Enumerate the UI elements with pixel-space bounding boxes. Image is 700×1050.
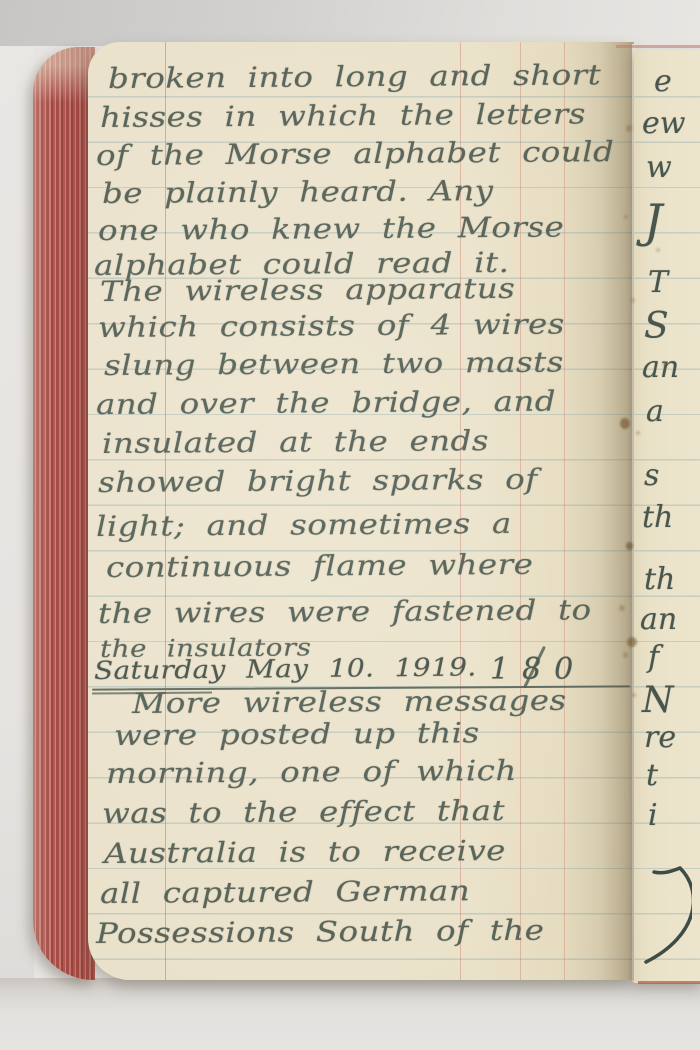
page-fragment: th [642,500,673,535]
stain-spot [627,637,637,647]
page-fragment: T [648,265,668,300]
notebook-right-page: e ew w J T S an a s th th an f N re t i [634,50,700,983]
handwriting-line: morning, one of which [106,754,517,790]
handwriting-line: Possessions South of the [96,914,545,950]
handwriting-line: insulated at the ends [102,424,489,460]
handwriting-line: was to the effect that [102,794,505,830]
handwriting-line: hisses in which the letters [100,97,586,134]
handwriting-line: broken into long and short [108,58,601,95]
stain-spot [656,248,660,252]
handwriting-line: one who knew the Morse [98,210,565,247]
page-fragment: ew [642,106,685,141]
notebook-left-page: broken into long and short hisses in whi… [88,42,632,980]
page-fragment: e [654,64,672,99]
page-fragment: th [644,562,675,597]
page-fragment: a [646,394,664,429]
stain-spot [623,652,628,658]
stain-spot [619,605,625,611]
page-fragment: s [644,458,659,493]
handwriting-line: all captured German [100,874,470,910]
backdrop-bottom [0,978,700,1050]
handwriting-line: showed bright sparks of [98,463,538,499]
handwriting-line: the wires were fastened to [98,593,592,630]
backdrop-left [0,46,34,990]
column-line [520,42,521,980]
diary-date: Saturday May 10. 1919. [94,652,477,685]
handwriting-line: More wireless messages [132,684,567,720]
stain-spot [662,362,667,367]
column-line [564,42,565,980]
page-fragment: i [648,798,658,833]
page-fragment: an [642,350,679,385]
stain-spot [620,418,630,429]
stain-spot [632,693,636,697]
stain-spot [626,542,633,550]
page-fragment: w [646,150,672,185]
handwriting-line: which consists of 4 wires [98,307,565,344]
handwriting-line: be plainly heard. Any [102,174,494,210]
stain-spot [631,298,635,303]
handwriting-line: and over the bridge, and [96,385,556,421]
handwriting-line: continuous flame where [106,548,534,584]
page-fragment: re [644,720,676,755]
fore-edge-highlight [33,47,95,980]
page-fragment: f [648,640,659,675]
handwriting-line: of the Morse alphabet could [96,135,615,172]
page-fragment: an [640,602,677,637]
handwriting-line: The wireless apparatus [100,272,516,308]
right-page-top-edge [616,45,700,48]
page-fragment: N [642,680,674,721]
handwriting-line: slung between two masts [104,346,564,382]
right-page-bottom-edge [638,981,700,984]
handwriting-line: were posted up this [114,716,480,752]
page-fragment: J [644,194,662,248]
stain-spot [624,215,628,219]
stain-spot [626,125,632,132]
page-fragment: S [644,306,669,347]
flourish-stroke [640,862,692,972]
backdrop-shadow-top [0,0,700,46]
red-fore-edge [33,47,95,980]
handwriting-line: light; and sometimes a [96,507,512,543]
handwriting-line: Australia is to receive [104,834,506,870]
photo-of-diary: { "document_type": "handwritten diary pa… [0,0,700,1050]
page-fragment: t [646,758,658,793]
stain-spot [636,431,640,435]
